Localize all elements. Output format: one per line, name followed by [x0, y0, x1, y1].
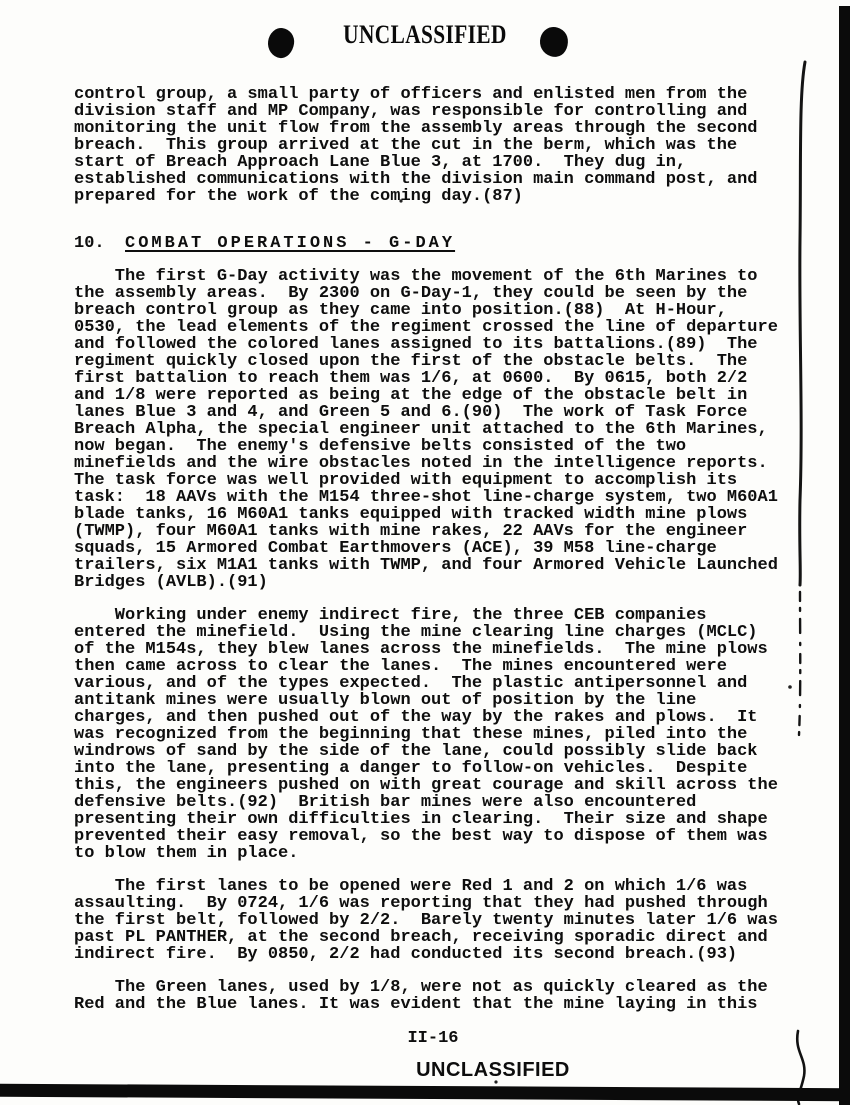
footer-classification-text: UNCLASSIFIED	[68, 1059, 850, 1082]
paragraph: The first G-Day activity was the movemen…	[74, 268, 814, 591]
text-line: to blow them in place.	[74, 845, 814, 862]
section-heading: 10. COMBAT OPERATIONS - G-DAY	[74, 235, 814, 252]
text-line: and 1/8 were reported as being at the ed…	[74, 387, 814, 404]
text-line: blade tanks, 16 M60A1 tanks equipped wit…	[74, 506, 814, 523]
text-line: The Green lanes, used by 1/8, were not a…	[74, 979, 814, 996]
text-line: control group, a small party of officers…	[74, 86, 814, 103]
paragraph: The first lanes to be opened were Red 1 …	[74, 878, 814, 963]
text-line: and followed the colored lanes assigned …	[74, 336, 814, 353]
heading-spacer	[105, 234, 125, 253]
paragraph: Working under enemy indirect fire, the t…	[74, 607, 814, 862]
text-line: The first G-Day activity was the movemen…	[74, 268, 814, 285]
text-line: The first lanes to be opened were Red 1 …	[74, 878, 814, 895]
text-line: start of Breach Approach Lane Blue 3, at…	[74, 154, 814, 171]
text-line: breach. This group arrived at the cut in…	[74, 137, 814, 154]
text-line: the assembly areas. By 2300 on G-Day-1, …	[74, 285, 814, 302]
text-line: past PL PANTHER, at the second breach, r…	[74, 929, 814, 946]
text-line: into the lane, presenting a danger to fo…	[74, 760, 814, 777]
scan-edge-bar-bottom	[0, 1084, 850, 1102]
text-line: various, and of the types expected. The …	[74, 675, 814, 692]
text-line: first battalion to reach them was 1/6, a…	[74, 370, 814, 387]
text-line: Breach Alpha, the special engineer unit …	[74, 421, 814, 438]
text-line: lanes Blue 3 and 4, and Green 5 and 6.(9…	[74, 404, 814, 421]
text-line: was recognized from the beginning that t…	[74, 726, 814, 743]
text-line: breach control group as they came into p…	[74, 302, 814, 319]
text-line: assaulting. By 0724, 1/6 was reporting t…	[74, 895, 814, 912]
section-title: COMBAT OPERATIONS - G-DAY	[125, 234, 455, 253]
paragraph: The Green lanes, used by 1/8, were not a…	[74, 979, 814, 1013]
text-line: indirect fire. By 0850, 2/2 had conducte…	[74, 946, 814, 963]
text-line: then came across to clear the lanes. The…	[74, 658, 814, 675]
text-line: Red and the Blue lanes. It was evident t…	[74, 996, 814, 1013]
text-line: monitoring the unit flow from the assemb…	[74, 120, 814, 137]
text-line: Bridges (AVLB).(91)	[74, 574, 814, 591]
text-line: now began. The enemy's defensive belts c…	[74, 438, 814, 455]
text-line: (TWMP), four M60A1 tanks with mine rakes…	[74, 523, 814, 540]
text-line: windrows of sand by the side of the lane…	[74, 743, 814, 760]
text-line: antitank mines were usually blown out of…	[74, 692, 814, 709]
text-line: this, the engineers pushed on with great…	[74, 777, 814, 794]
text-line: The task force was well provided with eq…	[74, 472, 814, 489]
text-line: Working under enemy indirect fire, the t…	[74, 607, 814, 624]
text-line: trailers, six M1A1 tanks with TWMP, and …	[74, 557, 814, 574]
text-line: the first belt, followed by 2/2. Barely …	[74, 912, 814, 929]
text-line: division staff and MP Company, was respo…	[74, 103, 814, 120]
scan-edge-bar-right	[839, 6, 850, 1105]
text-line: charges, and then pushed out of the way …	[74, 709, 814, 726]
text-line: task: 18 AAVs with the M154 three-shot l…	[74, 489, 814, 506]
paragraph: control group, a small party of officers…	[74, 86, 814, 205]
text-line: 0530, the lead elements of the regiment …	[74, 319, 814, 336]
text-line: squads, 15 Armored Combat Earthmovers (A…	[74, 540, 814, 557]
text-line: minefields and the wire obstacles noted …	[74, 455, 814, 472]
text-line: prepared for the work of the coming day.…	[74, 188, 814, 205]
text-line: of the M154s, they blew lanes across the…	[74, 641, 814, 658]
section-number: 10.	[74, 234, 105, 253]
text-line: presenting their own difficulties in cle…	[74, 811, 814, 828]
text-line: defensive belts.(92) British bar mines w…	[74, 794, 814, 811]
page-number: II-16	[8, 1029, 850, 1048]
document-page: UNCLASSIFIED control group, a small part…	[0, 0, 850, 1105]
text-line: established communications with the divi…	[74, 171, 814, 188]
document-body: control group, a small party of officers…	[74, 86, 814, 1013]
text-line: entered the minefield. Using the mine cl…	[74, 624, 814, 641]
text-line: prevented their easy removal, so the bes…	[74, 828, 814, 845]
text-line: regiment quickly closed upon the first o…	[74, 353, 814, 370]
header-classification-text: UNCLASSIFIED	[77, 20, 774, 50]
